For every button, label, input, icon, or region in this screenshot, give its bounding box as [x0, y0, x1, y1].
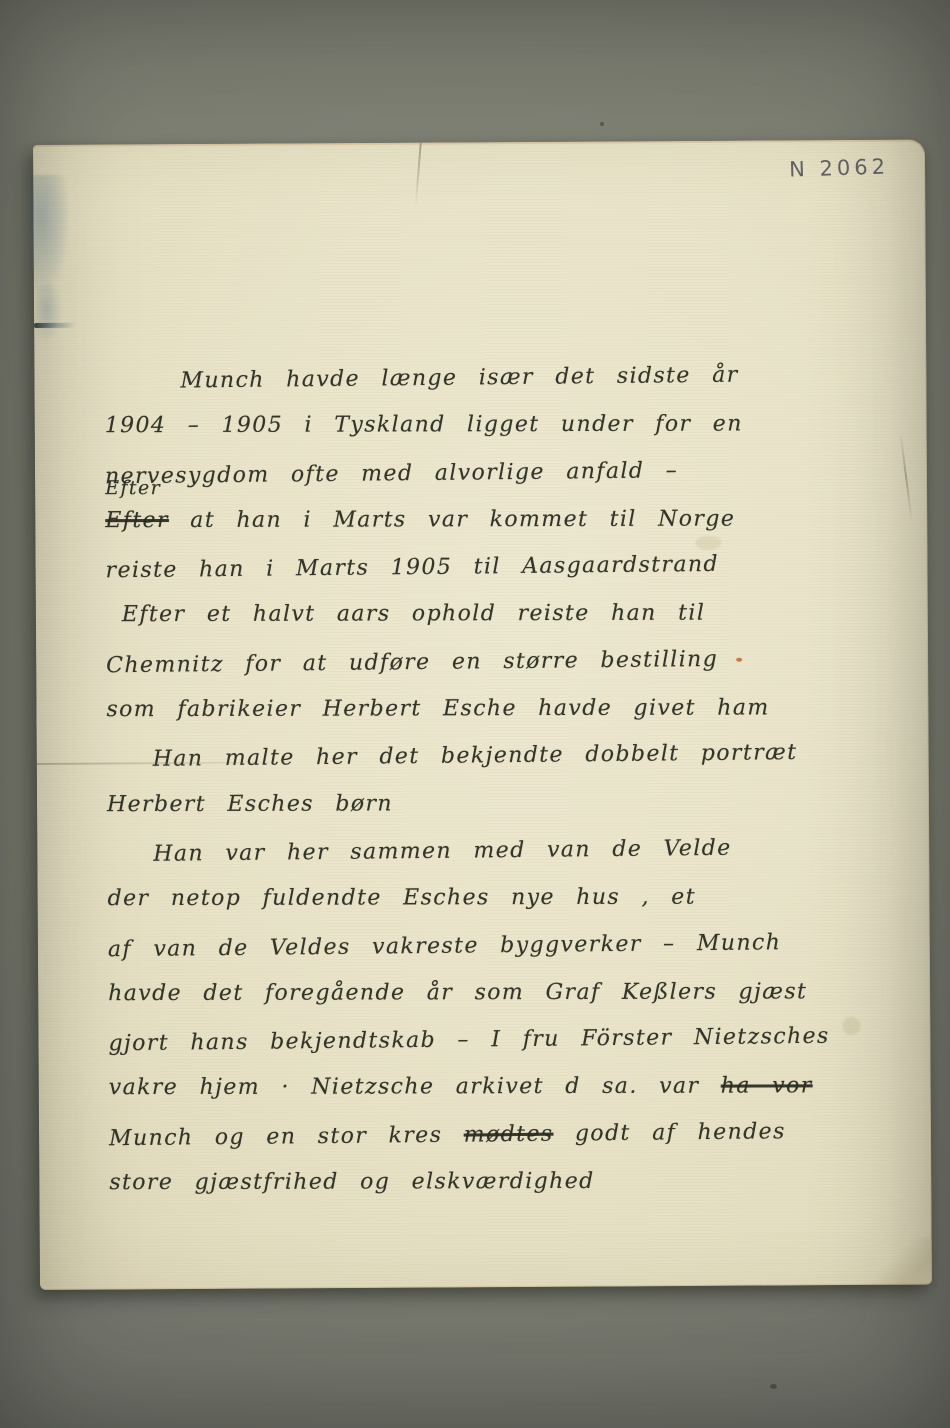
handwritten-segment: som fabrikeier Herbert Esche havde givet… [106, 696, 769, 723]
interline-correction: Efter [105, 479, 161, 498]
archive-number-label: N 2062 [789, 154, 890, 181]
manuscript-line: Chemnitz for at udføre en større bestill… [106, 634, 898, 690]
manuscript-line: EfterEfter at han i Marts var kommet til… [105, 495, 897, 544]
handwritten-segment: gjort hans bekjendtskab – I fru Förster … [108, 1024, 829, 1057]
handwritten-segment: Han malte her det bekjendte dobbelt port… [153, 740, 798, 772]
manuscript-text: Munch havde længe især det sidste år1904… [104, 352, 901, 1208]
manuscript-line: der netop fuldendte Esches nye hus , et [108, 873, 900, 922]
paper-crease-right [899, 432, 912, 522]
manuscript-line: Munch havde længe især det sidste år [104, 350, 896, 406]
manuscript-line: store gjæstfrihed og elskværdighed [109, 1157, 901, 1206]
manuscript-line: Herbert Esches børn [107, 779, 899, 828]
manuscript-line: havde det foregående år som Graf Keßlers… [108, 968, 900, 1017]
manuscript-line: Han var her sammen med van de Velde [107, 823, 899, 879]
manuscript-line: som fabrikeier Herbert Esche havde givet… [106, 684, 898, 733]
handwritten-segment: at han i Marts var kommet til Norge [169, 506, 735, 532]
manuscript-line: Han malte her det bekjendte dobbelt port… [107, 728, 899, 784]
blue-ink-smudge [30, 175, 69, 293]
paper-crease-top [415, 143, 422, 207]
handwritten-segment: reiste han i Marts 1905 til Aasgaardstra… [105, 552, 719, 583]
struck-through-word: mødtes [464, 1121, 554, 1147]
handwritten-segment: der netop fuldendte Esches nye hus , et [108, 885, 696, 912]
handwritten-segment: Chemnitz for at udføre en større bestill… [106, 647, 718, 678]
handwritten-segment: Herbert Esches børn [107, 791, 393, 817]
blue-ink-smudge [36, 285, 62, 345]
manuscript-line: Munch og en stor kres mødtes godt af hen… [109, 1107, 901, 1163]
blue-ink-dash [34, 323, 76, 328]
handwritten-segment: Efter et halvt aars ophold reiste han ti… [122, 601, 705, 628]
backdrop-speck [600, 122, 604, 126]
manuscript-line: gjort hans bekjendtskab – I fru Förster … [108, 1012, 900, 1068]
handwritten-segment: godt af hendes [553, 1119, 785, 1146]
photo-backdrop: { "photo": { "archive_label": "N 2062", … [0, 0, 950, 1428]
manuscript-line: reiste han i Marts 1905 til Aasgaardstra… [105, 539, 897, 595]
corner-fold [872, 1237, 932, 1285]
handwritten-segment: vakre hjem · Nietzsche arkivet d sa. var [109, 1074, 721, 1101]
backdrop-speck [770, 1384, 777, 1389]
handwritten-segment: havde det foregående år som Graf Keßlers… [108, 979, 807, 1006]
handwritten-segment: af van de Veldes vakreste byggverker – M… [108, 930, 782, 962]
manuscript-line: nervesygdom ofte med alvorlige anfald – [105, 445, 897, 501]
struck-through-word: EfterEfter [105, 497, 169, 544]
handwritten-segment: nervesygdom ofte med alvorlige anfald – [105, 458, 678, 489]
handwritten-segment: Munch og en stor kres [109, 1122, 464, 1151]
handwritten-segment: 1904 – 1905 i Tyskland ligget under for … [105, 412, 743, 439]
manuscript-line: Efter et halvt aars ophold reiste han ti… [106, 590, 898, 639]
handwritten-segment: Han var her sammen med van de Velde [153, 836, 732, 867]
handwritten-segment: Munch havde længe især det sidste år [180, 363, 738, 394]
manuscript-line: vakre hjem · Nietzsche arkivet d sa. var… [109, 1063, 901, 1112]
manuscript-line: af van de Veldes vakreste byggverker – M… [108, 918, 900, 974]
manuscript-line: 1904 – 1905 i Tyskland ligget under for … [105, 400, 897, 449]
struck-through-word: ha vor [721, 1074, 813, 1099]
handwritten-segment: store gjæstfrihed og elskværdighed [109, 1169, 594, 1195]
paper-sheet: N 2062 Munch havde længe især det sidste… [33, 140, 932, 1290]
